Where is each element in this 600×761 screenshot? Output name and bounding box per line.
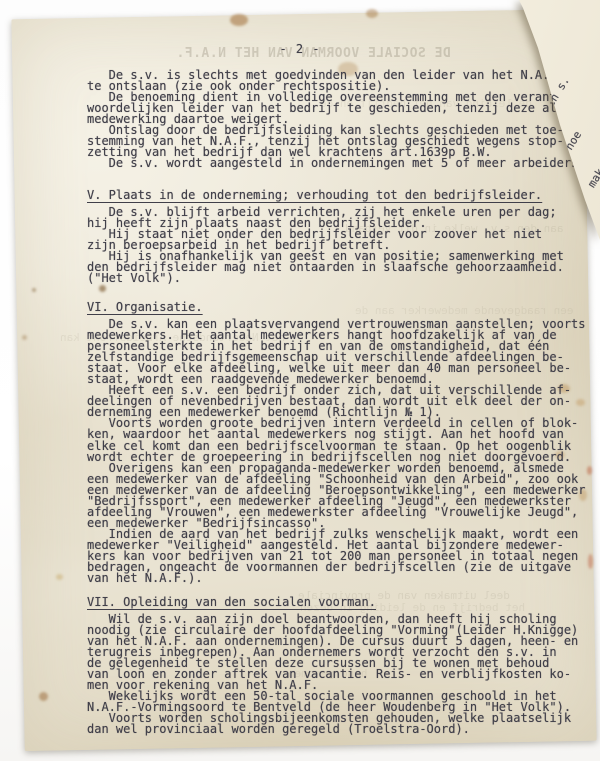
section-vii-heading: VII. Opleiding van den socialen voorman. (87, 597, 376, 608)
section-vi-heading: VI. Organisatie. (87, 302, 203, 313)
paragraph-organisation: De s.v. kan een plaatsvervangend vertrou… (87, 319, 586, 584)
page-number: - 2 - (40, 42, 560, 56)
section-v-heading: V. Plaats in de onderneming; verhouding … (87, 190, 542, 201)
paragraph-training: Wil de s.v. aan zijn doel beantwoorden, … (87, 614, 578, 736)
paragraph-position-in-company: De s.v. blijft arbeid verrichten, zij he… (87, 207, 564, 284)
scanned-document-photo: DE SOCIALE VOORMAN VAN HET N.A.F. de lei… (0, 0, 600, 761)
paragraph-dismissal-rules: De s.v. is slechts met goedvinden van de… (87, 70, 586, 169)
typewritten-content: - 2 - De s.v. is slechts met goedvinden … (0, 0, 600, 761)
